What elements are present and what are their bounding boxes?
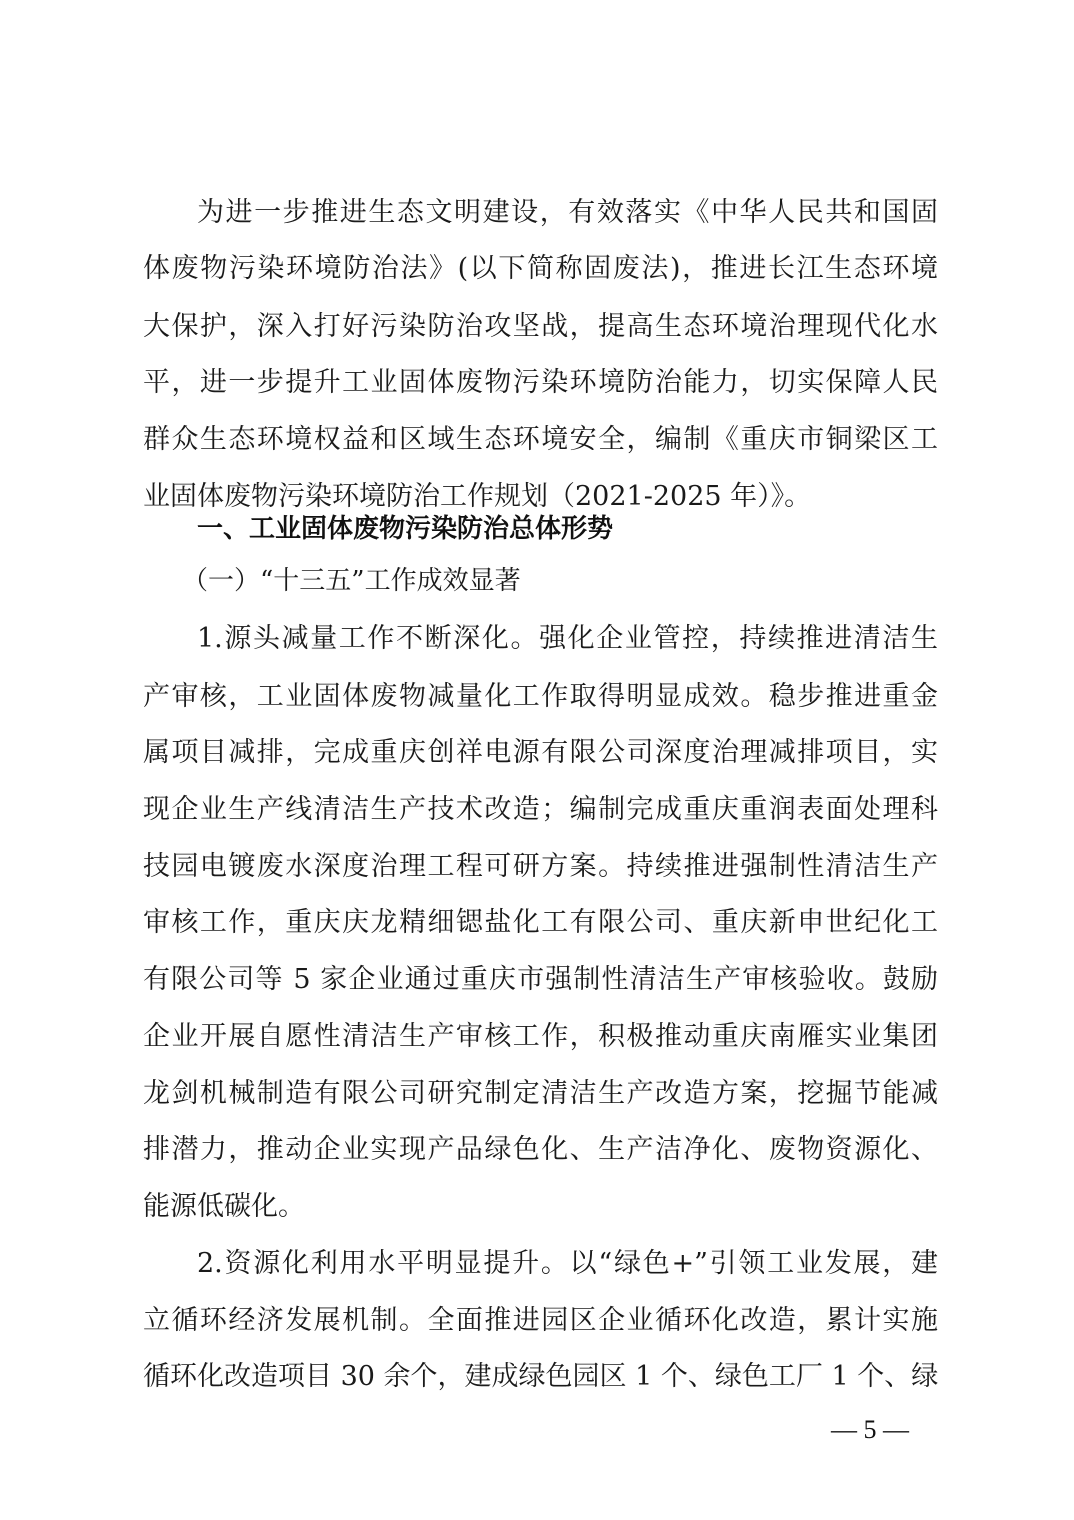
paragraph-1-line-4: 现企业生产线清洁生产技术改造；编制完成重庆重润表面处理科 [143,794,938,826]
section-heading: 一、工业固体废物污染防治总体形势 [197,513,613,545]
paragraph-1-line-1: 1.源头减量工作不断深化。强化企业管控，持续推进清洁生 [197,623,938,655]
paragraph-2-line-3: 循环化改造项目 30 余个，建成绿色园区 1 个、绿色工厂 1 个、绿 [143,1361,938,1393]
paragraph-1-line-6: 审核工作，重庆庆龙精细锶盐化工有限公司、重庆新申世纪化工 [143,907,938,939]
intro-line-3: 大保护，深入打好污染防治攻坚战，提高生态环境治理现代化水 [143,311,938,343]
intro-line-2: 体废物污染环境防治法》(以下简称固废法)，推进长江生态环境 [143,253,938,285]
paragraph-2-line-1: 2.资源化利用水平明显提升。以“绿色+”引领工业发展，建 [197,1248,938,1280]
paragraph-1-line-9: 龙剑机械制造有限公司研究制定清洁生产改造方案，挖掘节能减 [143,1078,938,1110]
paragraph-1-line-2: 产审核，工业固体废物减量化工作取得明显成效。稳步推进重金 [143,681,938,713]
intro-line-5: 群众生态环境权益和区域生态环境安全，编制《重庆市铜梁区工 [143,424,938,456]
paragraph-1-line-3: 属项目减排，完成重庆创祥电源有限公司深度治理减排项目，实 [143,737,938,769]
paragraph-2-line-2: 立循环经济发展机制。全面推进园区企业循环化改造，累计实施 [143,1305,938,1337]
paragraph-1-line-7: 有限公司等 5 家企业通过重庆市强制性清洁生产审核验收。鼓励 [143,964,938,996]
intro-line-6: 业固体废物污染环境防治工作规划（2021-2025 年）》。 [143,481,938,513]
document-page: 为进一步推进生态文明建设，有效落实《中华人民共和国固 体废物污染环境防治法》(以… [0,0,1074,1520]
page-number: — 5 — [820,1415,920,1445]
intro-line-4: 平，进一步提升工业固体废物污染环境防治能力，切实保障人民 [143,367,938,399]
subsection-heading: （一）“十三五”工作成效显著 [182,565,521,597]
paragraph-1-line-10: 排潜力，推动企业实现产品绿色化、生产洁净化、废物资源化、 [143,1134,938,1166]
paragraph-1-line-5: 技园电镀废水深度治理工程可研方案。持续推进强制性清洁生产 [143,851,938,883]
intro-line-1: 为进一步推进生态文明建设，有效落实《中华人民共和国固 [197,197,938,229]
paragraph-1-line-11: 能源低碳化。 [143,1191,938,1223]
paragraph-1-line-8: 企业开展自愿性清洁生产审核工作，积极推动重庆南雁实业集团 [143,1021,938,1053]
